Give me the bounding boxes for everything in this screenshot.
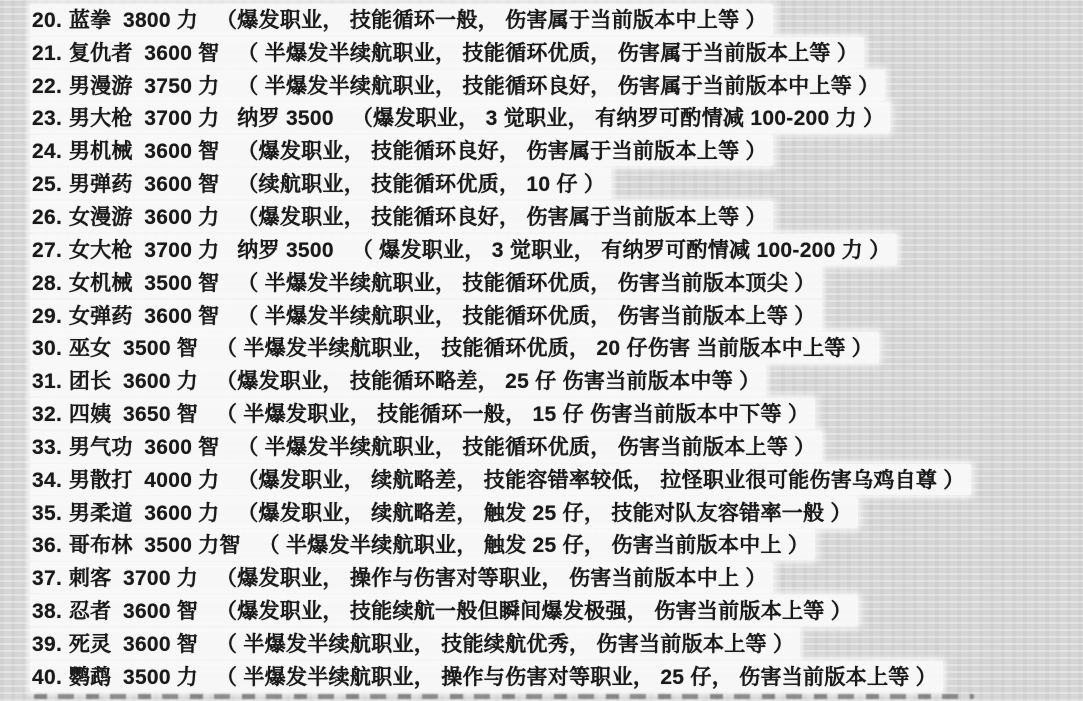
stat-type: 力 — [198, 497, 219, 527]
stat-type: 力 — [198, 464, 219, 494]
row-number: 36. — [32, 534, 62, 558]
row-text: 30. 巫女 3500 智 （ 半爆发半续航职业， 技能循环优质， 20 仔伤害… — [30, 332, 879, 363]
stat-type: 力 — [198, 70, 219, 100]
stat-type: 力 — [177, 4, 198, 34]
stat-value: 3700 — [144, 239, 192, 263]
stat-type: 智 — [198, 431, 219, 461]
row-description: （ 半爆发半续航职业， 技能循环优质， 伤害当前版本上等 ） — [237, 431, 815, 461]
row-number: 30. — [32, 337, 62, 361]
stat-value: 3500 — [144, 272, 192, 296]
row-text: 33. 男气功 3600 智 （ 半爆发半续航职业， 技能循环优质， 伤害当前版… — [30, 431, 822, 462]
class-name: 四姨 — [69, 398, 112, 428]
row-text: 38. 忍者 3600 智 （爆发职业， 技能续航一般但瞬间爆发极强， 伤害当前… — [30, 595, 858, 626]
stat-value: 3750 — [144, 75, 192, 99]
stat-value: 3500 — [144, 534, 192, 558]
class-name: 男柔道 — [69, 497, 133, 527]
row-number: 29. — [32, 305, 62, 329]
list-item: 39. 死灵 3600 智 （ 半爆发半续航职业， 技能续航优秀， 伤害当前版本… — [30, 627, 1083, 660]
row-description: （爆发职业， 技能循环一般， 伤害属于当前版本中上等 ） — [216, 4, 767, 34]
stat-value: 3600 — [144, 140, 192, 164]
stat-type: 智 — [177, 628, 198, 658]
row-number: 24. — [32, 140, 62, 164]
row-number: 23. — [32, 107, 62, 131]
row-text: 27. 女大枪 3700 力 纳罗 3500 （ 爆发职业， 3 觉职业， 有纳… — [30, 234, 897, 265]
row-text: 39. 死灵 3600 智 （ 半爆发半续航职业， 技能续航优秀， 伤害当前版本… — [30, 628, 800, 659]
list-item: 36. 哥布林 3500 力智 （ 半爆发半续航职业， 触发 25 仔， 伤害当… — [30, 529, 1083, 562]
list-item: 37. 刺客 3700 力 （爆发职业， 操作与伤害对等职业， 伤害当前版本中上… — [30, 561, 1083, 594]
row-number: 32. — [32, 403, 62, 427]
class-name: 忍者 — [69, 595, 112, 625]
list-item: 27. 女大枪 3700 力 纳罗 3500 （ 爆发职业， 3 觉职业， 有纳… — [30, 233, 1083, 266]
row-description: （ 半爆发半续航职业， 触发 25 仔， 伤害当前版本中上 ） — [259, 529, 810, 559]
class-name: 蓝拳 — [69, 4, 112, 34]
stat-type: 力智 — [198, 529, 241, 559]
list-item: 35. 男柔道 3600 力 （爆发职业， 续航略差， 触发 25 仔， 技能对… — [30, 496, 1083, 529]
stat-value: 3500 — [123, 337, 171, 361]
row-text: 28. 女机械 3500 智 （ 半爆发半续航职业， 技能循环优质， 伤害当前版… — [30, 267, 822, 298]
class-name: 刺客 — [69, 562, 112, 592]
row-number: 26. — [32, 206, 62, 230]
row-description: （爆发职业， 3 觉职业， 有纳罗可酌情减 100-200 力 ） — [352, 102, 885, 132]
row-description: （ 爆发职业， 3 觉职业， 有纳罗可酌情减 100-200 力 ） — [352, 234, 891, 264]
row-text: 35. 男柔道 3600 力 （爆发职业， 续航略差， 触发 25 仔， 技能对… — [30, 497, 858, 528]
stat-type: 力 — [198, 234, 219, 264]
row-description: （爆发职业， 技能续航一般但瞬间爆发极强， 伤害当前版本上等 ） — [216, 595, 852, 625]
row-description: （ 半爆发半续航职业， 技能续航优秀， 伤害当前版本上等 ） — [216, 628, 794, 658]
class-name: 男漫游 — [69, 70, 133, 100]
list-item: 20. 蓝拳 3800 力 （爆发职业， 技能循环一般， 伤害属于当前版本中上等… — [30, 3, 1083, 36]
row-number: 22. — [32, 75, 62, 99]
stat-type: 智 — [198, 168, 219, 198]
row-description: （ 半爆发半续航职业， 技能循环优质， 伤害属于当前版本上等 ） — [237, 37, 858, 67]
row-description: （爆发职业， 操作与伤害对等职业， 伤害当前版本中上 ） — [216, 562, 767, 592]
stat-value: 3500 — [123, 666, 171, 690]
list-item: 38. 忍者 3600 智 （爆发职业， 技能续航一般但瞬间爆发极强， 伤害当前… — [30, 594, 1083, 627]
list-item: 23. 男大枪 3700 力 纳罗 3500 （爆发职业， 3 觉职业， 有纳罗… — [30, 102, 1083, 135]
row-description: （ 半爆发半续航职业， 技能循环优质， 伤害当前版本顶尖 ） — [237, 267, 815, 297]
stat-value: 3800 — [123, 9, 171, 33]
list-item: 31. 团长 3600 力 （爆发职业， 技能循环略差， 25 仔 伤害当前版本… — [30, 364, 1083, 397]
stat-type: 智 — [177, 398, 198, 428]
row-description: （爆发职业， 续航略差， 触发 25 仔， 技能对队友容错率一般 ） — [237, 497, 852, 527]
class-name: 复仇者 — [69, 37, 133, 67]
row-text: 37. 刺客 3700 力 （爆发职业， 操作与伤害对等职业， 伤害当前版本中上… — [30, 562, 773, 593]
class-name: 男大枪 — [69, 102, 133, 132]
row-description: （ 半爆发半续航职业， 操作与伤害对等职业， 25 仔， 伤害当前版本上等 ） — [216, 661, 937, 691]
row-text: 34. 男散打 4000 力 （爆发职业， 续航略差， 技能容错率较低， 拉怪职… — [30, 464, 971, 495]
row-description: （续航职业， 技能循环优质， 10 仔 ） — [237, 168, 605, 198]
stat-value: 3600 — [123, 370, 171, 394]
stat-value: 3600 — [144, 436, 192, 460]
row-number: 25. — [32, 173, 62, 197]
row-number: 21. — [32, 42, 62, 66]
stat-value: 3600 — [144, 305, 192, 329]
stat-value: 3600 — [144, 502, 192, 526]
stat-value: 3700 — [123, 567, 171, 591]
stat-type: 智 — [198, 37, 219, 67]
stat-type: 力 — [177, 365, 198, 395]
class-name: 死灵 — [69, 628, 112, 658]
row-text: 25. 男弹药 3600 智 （续航职业， 技能循环优质， 10 仔 ） — [30, 168, 611, 199]
row-text: 24. 男机械 3600 智 （爆发职业， 技能循环良好， 伤害属于当前版本上等… — [30, 135, 773, 166]
row-text: 20. 蓝拳 3800 力 （爆发职业， 技能循环一般， 伤害属于当前版本中上等… — [30, 4, 773, 35]
stat-value: 3700 — [144, 107, 192, 131]
stat-type: 力 — [177, 661, 198, 691]
extra-note: 纳罗 3500 — [237, 102, 334, 132]
row-number: 40. — [32, 666, 62, 690]
stat-type: 智 — [198, 267, 219, 297]
stat-type: 力 — [177, 562, 198, 592]
row-description: （爆发职业， 技能循环略差， 25 仔 伤害当前版本中等 ） — [216, 365, 761, 395]
stat-type: 智 — [177, 595, 198, 625]
stat-value: 4000 — [144, 469, 192, 493]
row-text: 40. 鹦鹉 3500 力 （ 半爆发半续航职业， 操作与伤害对等职业， 25 … — [30, 661, 943, 692]
class-name: 女机械 — [69, 267, 133, 297]
stat-value: 3600 — [144, 206, 192, 230]
list-item: 22. 男漫游 3750 力 （ 半爆发半续航职业， 技能循环良好， 伤害属于当… — [30, 69, 1083, 102]
row-number: 27. — [32, 239, 62, 263]
row-number: 35. — [32, 502, 62, 526]
row-description: （爆发职业， 技能循环良好， 伤害属于当前版本上等 ） — [237, 135, 767, 165]
stat-value: 3600 — [144, 173, 192, 197]
list-item: 26. 女漫游 3600 力 （爆发职业， 技能循环良好， 伤害属于当前版本上等… — [30, 200, 1083, 233]
stat-value: 3600 — [123, 600, 171, 624]
row-number: 38. — [32, 600, 62, 624]
row-description: （爆发职业， 续航略差， 技能容错率较低， 拉怪职业很可能伤害乌鸡自尊 ） — [237, 464, 964, 494]
row-text: 36. 哥布林 3500 力智 （ 半爆发半续航职业， 触发 25 仔， 伤害当… — [30, 529, 815, 560]
class-name: 团长 — [69, 365, 112, 395]
list-item: 21. 复仇者 3600 智 （ 半爆发半续航职业， 技能循环优质， 伤害属于当… — [30, 36, 1083, 69]
row-number: 39. — [32, 633, 62, 657]
stat-type: 力 — [198, 201, 219, 231]
class-name: 鹦鹉 — [69, 661, 112, 691]
list-item: 28. 女机械 3500 智 （ 半爆发半续航职业， 技能循环优质， 伤害当前版… — [30, 266, 1083, 299]
row-text: 21. 复仇者 3600 智 （ 半爆发半续航职业， 技能循环优质， 伤害属于当… — [30, 37, 864, 68]
stat-type: 智 — [177, 332, 198, 362]
list-item: 30. 巫女 3500 智 （ 半爆发半续航职业， 技能循环优质， 20 仔伤害… — [30, 331, 1083, 364]
row-text: 22. 男漫游 3750 力 （ 半爆发半续航职业， 技能循环良好， 伤害属于当… — [30, 70, 885, 101]
class-name: 男气功 — [69, 431, 133, 461]
class-name: 女大枪 — [69, 234, 133, 264]
stat-type: 智 — [198, 135, 219, 165]
ranking-list: 20. 蓝拳 3800 力 （爆发职业， 技能循环一般， 伤害属于当前版本中上等… — [0, 0, 1083, 693]
row-text: 23. 男大枪 3700 力 纳罗 3500 （爆发职业， 3 觉职业， 有纳罗… — [30, 102, 890, 133]
extra-note: 纳罗 3500 — [237, 234, 334, 264]
class-name: 女弹药 — [69, 300, 133, 330]
row-description: （ 半爆发半续航职业， 技能循环优质， 伤害当前版本上等 ） — [237, 300, 815, 330]
row-text: 26. 女漫游 3600 力 （爆发职业， 技能循环良好， 伤害属于当前版本上等… — [30, 201, 773, 232]
list-item: 24. 男机械 3600 智 （爆发职业， 技能循环良好， 伤害属于当前版本上等… — [30, 134, 1083, 167]
stat-value: 3650 — [123, 403, 171, 427]
list-item: 33. 男气功 3600 智 （ 半爆发半续航职业， 技能循环优质， 伤害当前版… — [30, 430, 1083, 463]
list-item: 25. 男弹药 3600 智 （续航职业， 技能循环优质， 10 仔 ） — [30, 167, 1083, 200]
row-description: （ 半爆发半续航职业， 技能循环良好， 伤害属于当前版本中上等 ） — [237, 70, 879, 100]
class-name: 男弹药 — [69, 168, 133, 198]
list-item: 40. 鹦鹉 3500 力 （ 半爆发半续航职业， 操作与伤害对等职业， 25 … — [30, 660, 1083, 693]
stat-type: 智 — [198, 300, 219, 330]
stat-type: 力 — [198, 102, 219, 132]
row-number: 37. — [32, 567, 62, 591]
class-name: 男机械 — [69, 135, 133, 165]
row-text: 29. 女弹药 3600 智 （ 半爆发半续航职业， 技能循环优质， 伤害当前版… — [30, 300, 822, 331]
row-description: （爆发职业， 技能循环良好， 伤害属于当前版本上等 ） — [237, 201, 767, 231]
row-description: （ 半爆发半续航职业， 技能循环优质， 20 仔伤害 当前版本中上等 ） — [216, 332, 873, 362]
row-description: （ 半爆发职业， 技能循环一般， 15 仔 伤害当前版本中下等 ） — [216, 398, 809, 428]
class-name: 男散打 — [69, 464, 133, 494]
row-number: 28. — [32, 272, 62, 296]
class-name: 女漫游 — [69, 201, 133, 231]
class-name: 巫女 — [69, 332, 112, 362]
stat-value: 3600 — [144, 42, 192, 66]
class-name: 哥布林 — [69, 529, 133, 559]
cutoff-next-row-fragment — [34, 694, 974, 699]
list-item: 29. 女弹药 3600 智 （ 半爆发半续航职业， 技能循环优质， 伤害当前版… — [30, 299, 1083, 332]
row-number: 34. — [32, 469, 62, 493]
row-number: 31. — [32, 370, 62, 394]
row-text: 31. 团长 3600 力 （爆发职业， 技能循环略差， 25 仔 伤害当前版本… — [30, 365, 766, 396]
row-number: 33. — [32, 436, 62, 460]
row-text: 32. 四姨 3650 智 （ 半爆发职业， 技能循环一般， 15 仔 伤害当前… — [30, 398, 815, 429]
list-item: 34. 男散打 4000 力 （爆发职业， 续航略差， 技能容错率较低， 拉怪职… — [30, 463, 1083, 496]
list-item: 32. 四姨 3650 智 （ 半爆发职业， 技能循环一般， 15 仔 伤害当前… — [30, 397, 1083, 430]
row-number: 20. — [32, 9, 62, 33]
stat-value: 3600 — [123, 633, 171, 657]
